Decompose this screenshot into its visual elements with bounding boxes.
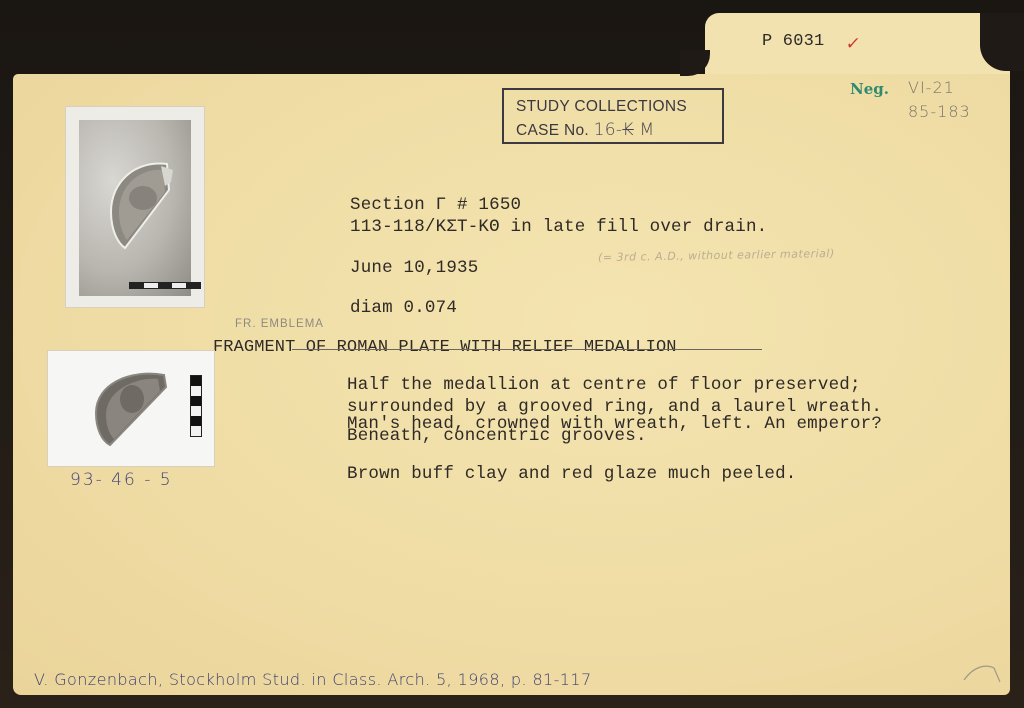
negative-number-1: VI-21 — [908, 78, 955, 97]
stamp-case-suffix: M — [634, 120, 655, 140]
tab-shoulder — [980, 13, 1024, 71]
stamp-case-label: CASE No. — [516, 122, 589, 139]
study-collections-stamp: STUDY COLLECTIONS CASE No. 16-K M — [502, 88, 724, 144]
stamp-case-number: 16- — [594, 120, 623, 140]
stamp-line-2: CASE No. 16-K M — [516, 120, 654, 140]
negative-label: Neg. — [850, 80, 889, 98]
find-date: June 10,1935 — [350, 258, 478, 278]
stamp-case-struck: K — [622, 120, 633, 140]
medallion-fragment-icon — [105, 160, 175, 260]
check-mark-icon: ✓ — [845, 34, 862, 54]
section-number: Section Γ # 1650 — [350, 195, 521, 215]
photo-number: 93- 46 - 5 — [70, 470, 173, 490]
diameter: diam 0.074 — [350, 298, 457, 318]
fabric-description: Brown buff clay and red glaze much peele… — [347, 464, 796, 484]
medallion-fragment-icon — [92, 369, 172, 449]
catalog-number: P 6031 — [762, 32, 824, 51]
scratch-mark-icon — [960, 660, 1005, 690]
stamp-line-1: STUDY COLLECTIONS — [516, 98, 687, 116]
negative-number-2: 85-183 — [908, 102, 971, 121]
object-title: FRAGMENT OF ROMAN PLATE WITH RELIEF MEDA… — [213, 338, 677, 357]
description-line: Beneath, concentric grooves. — [347, 426, 647, 446]
archival-photo — [66, 107, 204, 307]
modern-photo — [48, 351, 214, 466]
checkered-scale-icon — [190, 375, 202, 437]
photo-print — [79, 120, 191, 296]
title-strikethrough — [292, 349, 762, 350]
scale-bar-icon — [129, 282, 201, 289]
bibliographic-reference: V. Gonzenbach, Stockholm Stud. in Class.… — [34, 670, 592, 689]
description-line: Half the medallion at centre of floor pr… — [347, 375, 861, 395]
findspot: 113-118/ΚΣΤ-ΚΘ in late fill over drain. — [350, 217, 767, 237]
annotation-label: FR. EMBLEMA — [235, 318, 324, 330]
